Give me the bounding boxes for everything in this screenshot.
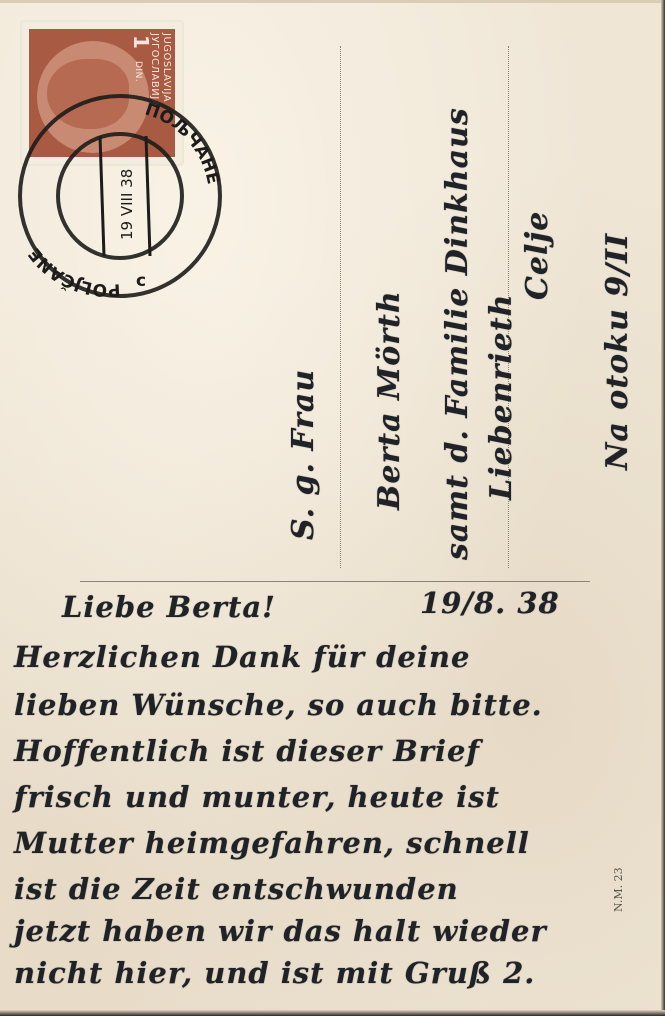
message-line: Herzlichen Dank für deine xyxy=(14,640,470,674)
card-right-edge xyxy=(661,0,665,1016)
message-line: Mutter heimgefahren, schnell xyxy=(14,826,530,860)
card-bottom-edge xyxy=(0,1010,665,1016)
address-line-city: Celje xyxy=(520,211,555,300)
address-line-detail: Na otoku 9/II xyxy=(600,233,635,470)
postcard-back: 1 DIN. JUGOSLAVIJA ЈУГОСЛАВИЈА POLJČANE … xyxy=(0,0,665,1016)
stamp-currency: DIN. xyxy=(133,61,143,82)
address-divider-left xyxy=(340,46,341,568)
postmark-place-latin: POLJČANE xyxy=(25,244,121,300)
postmark-separator: c xyxy=(136,271,146,291)
message-line: lieben Wünsche, so auch bitte. xyxy=(14,688,543,722)
message-divider xyxy=(80,581,590,582)
message-line: frisch und munter, heute ist xyxy=(14,780,500,814)
message-line: Hoffentlich ist dieser Brief xyxy=(14,734,480,768)
address-line-street: Liebenrieth xyxy=(484,294,519,500)
address-line-salutation: S. g. Frau xyxy=(286,369,321,540)
card-top-edge xyxy=(0,0,665,3)
publisher-mark: N.M. 23 xyxy=(612,867,625,912)
postmark-cancellation: POLJČANE ПОЉЧАНЕ c 19 VIII 38 xyxy=(14,90,226,302)
message-date: 19/8. 38 xyxy=(420,586,560,620)
message-line: nicht hier, und ist mit Gruß 2. xyxy=(14,956,535,990)
postmark-date: 19 VIII 38 xyxy=(118,169,136,240)
address-line-family: samt d. Familie Dinkhaus xyxy=(440,107,475,560)
message-line: ist die Zeit entschwunden xyxy=(14,872,459,906)
message-greeting: Liebe Berta! xyxy=(62,590,276,624)
address-line-name: Berta Mörth xyxy=(372,290,407,510)
message-line: jetzt haben wir das halt wieder xyxy=(14,914,547,948)
